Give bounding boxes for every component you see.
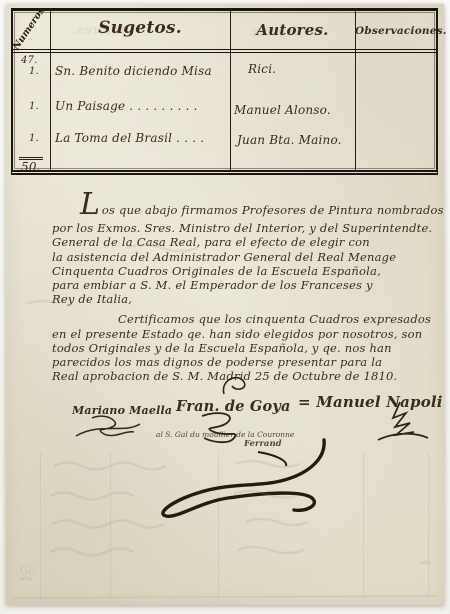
row3-subject: La Toma del Brasil . . . . (55, 131, 204, 145)
row3-author: Juan Bta. Maino. (237, 133, 342, 147)
para1-line4: la asistencia del Administrador General … (52, 250, 396, 264)
para2-line1: Certificamos que los cinquenta Cuadros e… (118, 312, 431, 326)
header-rule (13, 49, 436, 53)
row2-subject: Un Paisage . . . . . . . . . (55, 99, 198, 113)
signature-maella: Mariano Maella (72, 404, 172, 417)
painting-list-table: Autores. Sugetos. Numeros Sugetos. Autor… (11, 8, 438, 175)
row2-author: Manuel Alonso. (234, 103, 331, 117)
ferrand-flourish-tail-icon (258, 452, 286, 466)
para1-line2: por los Exmos. Sres. Ministro del Interi… (52, 221, 432, 235)
para1-line7: Rey de Italia, (52, 292, 132, 306)
para2-line3: todos Originales y de la Escuela Español… (52, 341, 392, 355)
annotation-french: al S. Gal du mobilier de la Couronne (156, 430, 294, 439)
ghost-column-rule-1 (40, 452, 41, 598)
para2-line4: parecidos los mas dignos de poderse pres… (52, 355, 382, 369)
column-header-autores: Autores. (230, 21, 355, 39)
ghost-bottom-rule (14, 596, 436, 598)
row1-number: 1. (29, 66, 39, 77)
ghost-column-rule-2 (110, 452, 111, 598)
column-header-numeros: Numeros (11, 6, 47, 52)
row3-number: 1. (29, 133, 39, 144)
row1-subject: Sn. Benito diciendo Misa (55, 64, 212, 78)
para1-line3: General de la Casa Real, para el efecto … (52, 235, 370, 249)
row1-number-carry: 47. (21, 55, 38, 66)
scan-background: Autores. Sugetos. Numeros Sugetos. Autor… (0, 0, 450, 614)
signature-goya: Fran. de Goya (176, 398, 291, 415)
para2-line2: en el presente Estado qe. han sido elegi… (52, 327, 422, 341)
annotation-signature: Ferrand (244, 439, 282, 449)
ghost-column-rule-4 (363, 452, 364, 598)
ferrand-flourish-icon (163, 440, 324, 516)
column-header-sugetos: Sugetos. (50, 18, 230, 38)
row1-author: Rici. (248, 62, 276, 76)
para1-line5: Cinquenta Cuadros Originales de la Escue… (52, 264, 381, 278)
column-header-observaciones: Observaciones. (355, 25, 439, 37)
para1-line6: para embiar a S. M. el Emperador de los … (52, 278, 373, 292)
para1-line1: Los que abajo firmamos Profesores de Pin… (80, 200, 444, 217)
ghost-bleed-total: 50. (16, 564, 35, 578)
maella-rubric-icon (76, 416, 140, 436)
para2-line5: Real aprobacion de S. M. Madrid 25 de Oc… (52, 369, 397, 383)
manuscript-paper: Autores. Sugetos. Numeros Sugetos. Autor… (6, 4, 444, 605)
ghost-column-rule-3 (218, 452, 219, 598)
row2-number: 1. (29, 101, 39, 112)
total-count: 50. (21, 160, 41, 174)
ghost-column-rule-5 (428, 452, 429, 598)
signature-napoli: = Manuel Napoli (298, 393, 443, 411)
